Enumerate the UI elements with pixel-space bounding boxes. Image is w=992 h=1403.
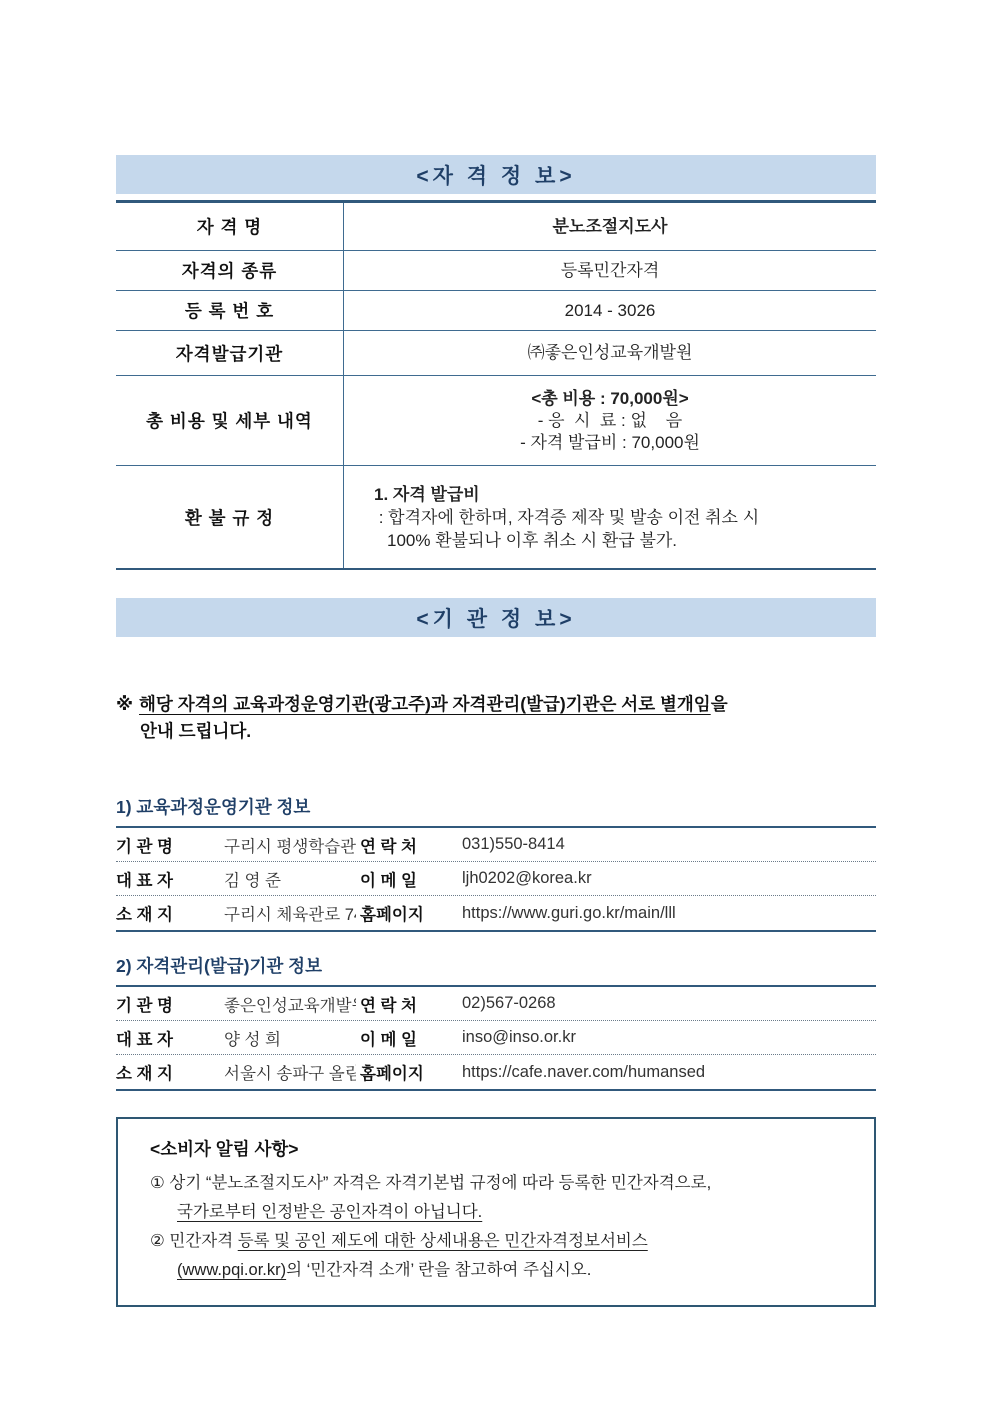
spacer [116, 932, 876, 953]
org-name-value: 좋은인성교육개발원 [188, 992, 356, 1016]
table-row: 소 재 지 구리시 체육관로 74 홈페이지 https://www.guri.… [116, 896, 876, 930]
issuer-value: ㈜좋은인성교육개발원 [344, 342, 876, 364]
row-value: ㈜좋은인성교육개발원 [343, 331, 876, 375]
qualification-table: 자 격 명 분노조절지도사 자격의 종류 등록민간자격 등 록 번 호 2014… [116, 200, 876, 570]
table-row-refund-policy: 환 불 규 정 1. 자격 발급비 : 합격자에 한하며, 자격증 제작 및 발… [116, 466, 876, 568]
table-row: 기 관 명 좋은인성교육개발원 연 락 처 02)567-0268 [116, 987, 876, 1021]
row-value: 2014 - 3026 [343, 291, 876, 330]
org-info-header-bar: <기 관 정 보> [116, 598, 876, 637]
row-value: 1. 자격 발급비 : 합격자에 한하며, 자격증 제작 및 발송 이전 취소 … [343, 466, 876, 568]
spacer [116, 637, 876, 664]
representative-label: 대 표 자 [116, 867, 188, 891]
row-value: 분노조절지도사 [343, 203, 876, 250]
org-info-title: <기 관 정 보> [416, 603, 575, 633]
contact-label: 연 락 처 [356, 833, 440, 857]
qual-type-value: 등록민간자격 [344, 260, 876, 282]
separation-notice-line2: 안내 드립니다. [116, 718, 876, 745]
row-label: 자격의 종류 [116, 258, 343, 283]
consumer-item-1-line2: 국가로부터 인정받은 공인자격이 아닙니다. [150, 1198, 846, 1227]
email-label: 이 메 일 [356, 1026, 440, 1050]
contact-label: 연 락 처 [356, 992, 440, 1016]
consumer-item-2-line2-tail: 의 ‘민간자격 소개’ 란을 참고하여 주십시오. [286, 1261, 591, 1279]
refund-detail-line1: : 합격자에 한하며, 자격증 제작 및 발송 이전 취소 시 [374, 506, 876, 529]
table-row-total-cost: 총 비용 및 세부 내역 <총 비용 : 70,000원> - 응 시 료 : … [116, 376, 876, 466]
qual-info-header-bar: <자 격 정 보> [116, 155, 876, 194]
pqi-url-underlined: (www.pqi.or.kr) [177, 1261, 286, 1279]
org-name-label: 기 관 명 [116, 833, 188, 857]
separation-notice-line1: ※해당 자격의 교육과정운영기관(광고주)과 자격관리(발급)기관은 서로 별개… [116, 691, 876, 718]
refund-detail-line2: 100% 환불되나 이후 취소 시 환급 불가. [374, 529, 876, 552]
row-label: 등 록 번 호 [116, 298, 343, 323]
reference-mark: ※ [116, 694, 139, 714]
address-label: 소 재 지 [116, 901, 188, 925]
document-page: <자 격 정 보> 자 격 명 분노조절지도사 자격의 종류 등록민간자격 등 … [0, 0, 992, 1403]
consumer-item-2-prefix: ② 민간자격 [150, 1232, 238, 1250]
email-value: inso@inso.or.kr [440, 1028, 876, 1047]
qual-name-value: 분노조절지도사 [344, 216, 876, 238]
consumer-notice-title: <소비자 알림 사항> [150, 1136, 846, 1161]
table-row: 대 표 자 양 성 희 이 메 일 inso@inso.or.kr [116, 1021, 876, 1055]
representative-value: 김 영 준 [188, 867, 356, 891]
separation-notice-underlined: 해당 자격의 교육과정운영기관(광고주)과 자격관리(발급)기관은 서로 별개임 [139, 694, 711, 714]
table-row-reg-number: 등 록 번 호 2014 - 3026 [116, 291, 876, 331]
homepage-value: https://www.guri.go.kr/main/lll [440, 904, 876, 923]
table-row: 소 재 지 서울시 송파구 올림픽로 595 홈페이지 https://cafe… [116, 1055, 876, 1089]
representative-value: 양 성 희 [188, 1026, 356, 1050]
consumer-item-2-line2: (www.pqi.or.kr)의 ‘민간자격 소개’ 란을 참고하여 주십시오. [150, 1256, 846, 1285]
homepage-label: 홈페이지 [356, 1060, 440, 1084]
spacer [116, 570, 876, 598]
row-label: 자 격 명 [116, 214, 343, 239]
qual-info-title: <자 격 정 보> [416, 160, 575, 190]
document-content: <자 격 정 보> 자 격 명 분노조절지도사 자격의 종류 등록민간자격 등 … [116, 155, 876, 1307]
table-row-qual-name: 자 격 명 분노조절지도사 [116, 203, 876, 251]
row-value: <총 비용 : 70,000원> - 응 시 료 : 없 음 - 자격 발급비 … [343, 376, 876, 465]
table-row-qual-type: 자격의 종류 등록민간자격 [116, 251, 876, 291]
table-row-issuer: 자격발급기관 ㈜좋은인성교육개발원 [116, 331, 876, 376]
course-operator-table: 기 관 명 구리시 평생학습관 연 락 처 031)550-8414 대 표 자… [116, 828, 876, 932]
row-value: 등록민간자격 [343, 251, 876, 290]
homepage-value: https://cafe.naver.com/humansed [440, 1063, 876, 1082]
address-value: 서울시 송파구 올림픽로 595 [188, 1060, 356, 1084]
separation-notice: ※해당 자격의 교육과정운영기관(광고주)과 자격관리(발급)기관은 서로 별개… [116, 691, 876, 745]
homepage-label: 홈페이지 [356, 901, 440, 925]
row-label: 환 불 규 정 [116, 505, 343, 530]
consumer-notice-box: <소비자 알림 사항> ① 상기 “분노조절지도사” 자격은 자격기본법 규정에… [116, 1117, 876, 1307]
consumer-item-2-underlined: 등록 및 공인 제도에 대한 상세내용은 민간자격정보서비스 [238, 1232, 648, 1250]
address-label: 소 재 지 [116, 1060, 188, 1084]
email-value: ljh0202@korea.kr [440, 869, 876, 888]
total-cost-line: <총 비용 : 70,000원> [344, 388, 876, 410]
table-row: 기 관 명 구리시 평생학습관 연 락 처 031)550-8414 [116, 828, 876, 862]
reg-number-value: 2014 - 3026 [344, 300, 876, 322]
org-name-label: 기 관 명 [116, 992, 188, 1016]
consumer-item-2-line1: ② 민간자격 등록 및 공인 제도에 대한 상세내용은 민간자격정보서비스 [150, 1227, 846, 1256]
certifying-body-heading: 2) 자격관리(발급)기관 정보 [116, 953, 876, 987]
row-label: 총 비용 및 세부 내역 [116, 408, 343, 433]
address-value: 구리시 체육관로 74 [188, 901, 356, 925]
contact-value: 02)567-0268 [440, 994, 876, 1013]
course-operator-heading: 1) 교육과정운영기관 정보 [116, 794, 876, 828]
issue-fee-line: - 자격 발급비 : 70,000원 [344, 432, 876, 454]
org-name-value: 구리시 평생학습관 [188, 833, 356, 857]
representative-label: 대 표 자 [116, 1026, 188, 1050]
row-label: 자격발급기관 [116, 341, 343, 366]
table-row: 대 표 자 김 영 준 이 메 일 ljh0202@korea.kr [116, 862, 876, 896]
exam-fee-line: - 응 시 료 : 없 음 [344, 410, 876, 432]
certifying-body-table: 기 관 명 좋은인성교육개발원 연 락 처 02)567-0268 대 표 자 … [116, 987, 876, 1091]
consumer-item-1-line1: ① 상기 “분노조절지도사” 자격은 자격기본법 규정에 따라 등록한 민간자격… [150, 1169, 846, 1198]
not-accredited-underlined: 국가로부터 인정받은 공인자격이 아닙니다. [177, 1203, 482, 1221]
contact-value: 031)550-8414 [440, 835, 876, 854]
refund-title-line: 1. 자격 발급비 [374, 483, 876, 506]
spacer [116, 745, 876, 794]
email-label: 이 메 일 [356, 867, 440, 891]
separation-notice-tail: 을 [711, 694, 728, 714]
